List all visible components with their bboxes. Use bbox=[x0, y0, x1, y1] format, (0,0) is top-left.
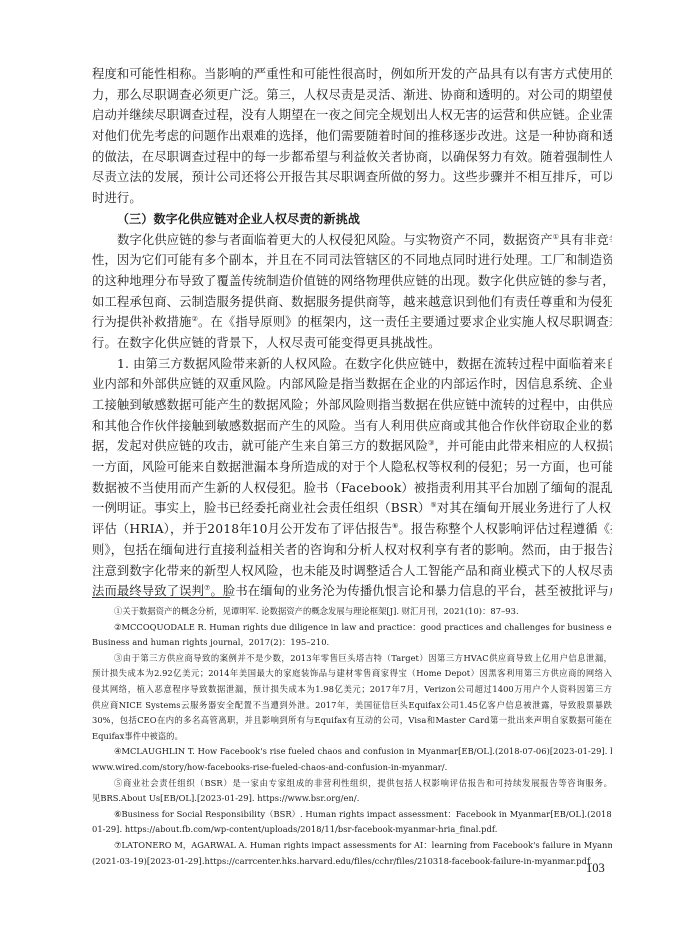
footnote-5-cont: 见BRS.About Us[EB/OL].[2023-01-29]. https… bbox=[92, 791, 612, 807]
body-line: 数据被不当使用而产生新的人权侵犯。脸书（Facebook）被指责利用其平台加剧了… bbox=[92, 478, 612, 499]
body-line: 如工程承包商、云制造服务提供商、数据服务提供商等，越来越意识到他们有责任尊重和为… bbox=[92, 292, 612, 313]
line-text: 。报告称整个人权影响评估过程遵循《指导原 bbox=[399, 522, 613, 536]
body-line: 性，因为它们可能有多个副本，并且在不同司法管辖区的不同地点同时进行处理。工厂和制… bbox=[92, 250, 612, 271]
body-line: 数字化供应链的参与者面临着更大的人权侵犯风险。与实物资产不同，数据资产①具有非竞… bbox=[92, 230, 612, 251]
section-heading: （三）数字化供应链对企业人权尽责的新挑战 bbox=[92, 209, 612, 230]
footnote-3-cont: 供应商NICE Systems云服务器安全配置不当遭到外泄。2017年，美国征信… bbox=[92, 698, 612, 714]
line-text: 力，那么尽职调查必须更广泛。第三，人权尽责是灵活、渐进、协商和透明的。对公司的期… bbox=[92, 88, 612, 102]
line-text: 的做法，在尽职调查过程中的每一步都希望与利益攸关者协商，以确保努力有效。随着强制… bbox=[92, 150, 612, 164]
body-line: 1. 由第三方数据风险带来新的人权风险。在数字化供应链中，数据在流转过程中面临着… bbox=[92, 354, 612, 375]
footnote-separator bbox=[92, 597, 230, 598]
footnote-4: ④MCLAUGHLIN T. How Facebook's rise fuele… bbox=[92, 744, 612, 760]
line-text: 的这种地理分布导致了覆盖传统制造价值链的网络物理供应链的出现。数字化供应链的参与… bbox=[92, 274, 612, 288]
footnote-text: 供应商NICE Systems云服务器安全配置不当遭到外泄。2017年，美国征信… bbox=[92, 700, 612, 710]
line-text: 。在《指导原则》的框架内，这一责任主要通过要求企业实施人权尽职调查来履 bbox=[198, 315, 612, 329]
body-line: 尽责立法的发展，预计公司还将公开报告其尽职调查所做的努力。这些步骤并不相互排斥，… bbox=[92, 167, 612, 188]
footnote-3: ③由于第三方供应商导致的案例并不是少数，2013年零售巨头塔吉特（Target）… bbox=[92, 651, 612, 667]
body-line: 一方面，风险可能来自数据泄漏本身所造成的对于个人隐私权等权利的侵犯；另一方面，也… bbox=[92, 457, 612, 478]
body-line: 行。在数字化供应链的背景下，人权尽责可能变得更具挑战性。 bbox=[92, 333, 612, 354]
body-line: 和其他合作伙伴接触到敏感数据而产生的风险。当有人利用供应商或其他合作伙伴窃取企业… bbox=[92, 416, 612, 437]
heading-text: （三）数字化供应链对企业人权尽责的新挑战 bbox=[117, 212, 360, 226]
line-text: 对其在缅甸开展业务进行了人权影响 bbox=[437, 501, 612, 515]
footnote-url[interactable]: 01-29]. https://about.fb.com/wp-content/… bbox=[92, 824, 497, 834]
body-line: 力，那么尽职调查必须更广泛。第三，人权尽责是灵活、渐进、协商和透明的。对公司的期… bbox=[92, 85, 612, 106]
footnote-7-cont[interactable]: (2021-03-19)[2023-01-29].https://carrcen… bbox=[92, 854, 612, 870]
line-text: 业内部和外部供应链的双重风险。内部风险是指当数据在企业的内部运作时，因信息系统、… bbox=[92, 377, 612, 391]
line-text: 。脸书在缅甸的业务沦为传播仇恨言论和暴力信息的平台，甚至被批评与卢 bbox=[210, 584, 612, 598]
line-text: 行为提供补救措施 bbox=[92, 315, 192, 329]
body-line: 工接触到敏感数据可能产生的数据风险；外部风险则指当数据在供应链中流转的过程中，由… bbox=[92, 395, 612, 416]
line-text: 程度和可能性相称。当影响的严重性和可能性很高时，例如所开发的产品具有以有害方式使… bbox=[92, 67, 612, 81]
line-text: 则》，包括在缅甸进行直接利益相关者的咨询和分析人权对权利享有者的影响。然而，由于… bbox=[92, 543, 612, 557]
body-line: 评估（HRIA），并于2018年10月公开发布了评估报告⑥。报告称整个人权影响评… bbox=[92, 519, 612, 540]
line-text: 时进行。 bbox=[92, 191, 142, 205]
line-text: 尽责立法的发展，预计公司还将公开报告其尽职调查所做的努力。这些步骤并不相互排斥，… bbox=[92, 170, 612, 184]
line-text: 启动并继续尽职调查过程，没有人期望在一夜之间完全规划出人权无害的运营和供应链。企… bbox=[92, 108, 612, 122]
footnote-text: Business and human rights journal，2017(2… bbox=[92, 637, 329, 647]
body-line: 的做法，在尽职调查过程中的每一步都希望与利益攸关者协商，以确保努力有效。随着强制… bbox=[92, 147, 612, 168]
footnote-text: ④MCLAUGHLIN T. How Facebook's rise fuele… bbox=[114, 746, 612, 756]
body-line: 启动并继续尽职调查过程，没有人期望在一夜之间完全规划出人权无害的运营和供应链。企… bbox=[92, 105, 612, 126]
line-text: 对他们优先考虑的问题作出艰难的选择，他们需要随着时间的推移逐步改进。这是一种协商… bbox=[92, 129, 612, 143]
footnote-4-cont[interactable]: www.wired.com/story/how-facebooks-rise-f… bbox=[92, 760, 612, 776]
line-text: 工接触到敏感数据可能产生的数据风险；外部风险则指当数据在供应链中流转的过程中，由… bbox=[92, 398, 612, 412]
footnote-7: ⑦LATONERO M，AGARWAL A. Human rights impa… bbox=[92, 838, 612, 854]
body-line: 行为提供补救措施②。在《指导原则》的框架内，这一责任主要通过要求企业实施人权尽职… bbox=[92, 312, 612, 333]
footnote-text: ②MCCOQUODALE R. Human rights due diligen… bbox=[114, 622, 612, 632]
body-line: 对他们优先考虑的问题作出艰难的选择，他们需要随着时间的推移逐步改进。这是一种协商… bbox=[92, 126, 612, 147]
footnote-text: 预计损失成本为2.92亿美元；2014年美国最大的家庭装饰品与建材零售商家得宝（… bbox=[92, 668, 612, 678]
body-line: 则》，包括在缅甸进行直接利益相关者的咨询和分析人权对权利享有者的影响。然而，由于… bbox=[92, 540, 612, 561]
footnote-2: ②MCCOQUODALE R. Human rights due diligen… bbox=[92, 620, 612, 636]
body-line: 据，发起对供应链的攻击，就可能产生来自第三方的数据风险③，并可能由此带来相应的人… bbox=[92, 436, 612, 457]
footnote-text: 30%，包括CEO在内的多名高管离职，并且影响到所有与Equifax有互动的公司… bbox=[92, 715, 612, 725]
line-text: 具有非竞争 bbox=[559, 233, 612, 247]
line-text: 数字化供应链的参与者面临着更大的人权侵犯风险。与实物资产不同，数据资产 bbox=[117, 233, 553, 247]
footnote-text: ③由于第三方供应商导致的案例并不是少数，2013年零售巨头塔吉特（Target）… bbox=[114, 653, 612, 663]
line-text: 一例明证。事实上，脸书已经委托商业社会责任组织（BSR） bbox=[92, 501, 430, 515]
line-text: 注意到数字化带来的新型人权风险，也未能及时调整适合人工智能产品和商业模式下的人权… bbox=[92, 564, 612, 578]
footnote-text: ⑥Business for Social Responsibility（BSR）… bbox=[114, 809, 612, 819]
line-text: 数据被不当使用而产生新的人权侵犯。脸书（Facebook）被指责利用其平台加剧了… bbox=[92, 481, 612, 495]
footnotes: ①关于数据资产的概念分析，见谭明军. 论数据资产的概念发展与理论框架[J]. 财… bbox=[92, 604, 612, 869]
footnote-5: ⑤商业社会责任组织（BSR）是一家由专家组成的非营利性组织，提供包括人权影响评估… bbox=[92, 776, 612, 792]
line-text: 如工程承包商、云制造服务提供商、数据服务提供商等，越来越意识到他们有责任尊重和为… bbox=[92, 295, 612, 309]
body-line: 一例明证。事实上，脸书已经委托商业社会责任组织（BSR）⑤对其在缅甸开展业务进行… bbox=[92, 498, 612, 519]
footnote-6: ⑥Business for Social Responsibility（BSR）… bbox=[92, 807, 612, 823]
footnote-3-cont: Equifax事件中被盗的。 bbox=[92, 729, 612, 745]
footnote-text: Equifax事件中被盗的。 bbox=[92, 731, 183, 741]
document-page: 程度和可能性相称。当影响的严重性和可能性很高时，例如所开发的产品具有以有害方式使… bbox=[0, 0, 700, 943]
footnote-3-cont: 侵其网络，植入恶意程序导致数据泄漏，预计损失成本为1.98亿美元；2017年7月… bbox=[92, 682, 612, 698]
line-text: ，并可能由此带来相应的人权损害。 bbox=[435, 439, 612, 453]
footnote-6-cont[interactable]: 01-29]. https://about.fb.com/wp-content/… bbox=[92, 822, 612, 838]
body-line: 注意到数字化带来的新型人权风险，也未能及时调整适合人工智能产品和商业模式下的人权… bbox=[92, 561, 612, 582]
line-text: 1. 由第三方数据风险带来新的人权风险。在数字化供应链中，数据在流转过程中面临着… bbox=[117, 357, 612, 371]
body-line: 时进行。 bbox=[92, 188, 612, 209]
line-text: 据，发起对供应链的攻击，就可能产生来自第三方的数据风险 bbox=[92, 439, 428, 453]
body-line: 程度和可能性相称。当影响的严重性和可能性很高时，例如所开发的产品具有以有害方式使… bbox=[92, 64, 612, 85]
footnote-text: 见BRS.About Us[EB/OL].[2023-01-29]. https… bbox=[92, 793, 359, 803]
footnote-text: ①关于数据资产的概念分析，见谭明军. 论数据资产的概念发展与理论框架[J]. 财… bbox=[114, 606, 519, 616]
page-number: 103 bbox=[586, 861, 605, 876]
footnote-text: 侵其网络，植入恶意程序导致数据泄漏，预计损失成本为1.98亿美元；2017年7月… bbox=[92, 684, 612, 694]
body-line: 法而最终导致了误判⑦。脸书在缅甸的业务沦为传播仇恨言论和暴力信息的平台，甚至被批… bbox=[92, 581, 612, 602]
body-line: 业内部和外部供应链的双重风险。内部风险是指当数据在企业的内部运作时，因信息系统、… bbox=[92, 374, 612, 395]
line-text: 和其他合作伙伴接触到敏感数据而产生的风险。当有人利用供应商或其他合作伙伴窃取企业… bbox=[92, 419, 612, 433]
footnote-3-cont: 预计损失成本为2.92亿美元；2014年美国最大的家庭装饰品与建材零售商家得宝（… bbox=[92, 666, 612, 682]
line-text: 评估（HRIA），并于2018年10月公开发布了评估报告 bbox=[92, 522, 392, 536]
line-text: 行。在数字化供应链的背景下，人权尽责可能变得更具挑战性。 bbox=[92, 336, 441, 350]
footnote-3-cont: 30%，包括CEO在内的多名高管离职，并且影响到所有与Equifax有互动的公司… bbox=[92, 713, 612, 729]
footnote-1: ①关于数据资产的概念分析，见谭明军. 论数据资产的概念发展与理论框架[J]. 财… bbox=[92, 604, 612, 620]
footnote-text: ⑤商业社会责任组织（BSR）是一家由专家组成的非营利性组织，提供包括人权影响评估… bbox=[114, 778, 612, 788]
footnote-2-cont: Business and human rights journal，2017(2… bbox=[92, 635, 612, 651]
line-text: 一方面，风险可能来自数据泄漏本身所造成的对于个人隐私权等权利的侵犯；另一方面，也… bbox=[92, 460, 612, 474]
footnote-text: ⑦LATONERO M，AGARWAL A. Human rights impa… bbox=[114, 840, 612, 850]
body-text: 程度和可能性相称。当影响的严重性和可能性很高时，例如所开发的产品具有以有害方式使… bbox=[92, 64, 612, 602]
footnote-url[interactable]: www.wired.com/story/how-facebooks-rise-f… bbox=[92, 762, 447, 772]
line-text: 性，因为它们可能有多个副本，并且在不同司法管辖区的不同地点同时进行处理。工厂和制… bbox=[92, 253, 612, 267]
body-line: 的这种地理分布导致了覆盖传统制造价值链的网络物理供应链的出现。数字化供应链的参与… bbox=[92, 271, 612, 292]
footnote-url[interactable]: (2021-03-19)[2023-01-29].https://carrcen… bbox=[92, 856, 592, 866]
